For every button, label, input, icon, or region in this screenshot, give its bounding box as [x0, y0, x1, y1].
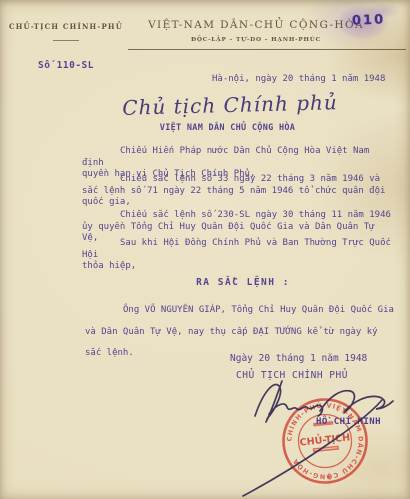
agency-letterhead: CHỦ-TỊCH CHÍNH-PHỦ	[6, 22, 126, 31]
ho-chi-minh-signature	[233, 376, 401, 499]
place-date-line: Hà-nội, ngày 20 tháng 1 năm 1948	[212, 74, 385, 84]
decree-number: Số 110-SL	[38, 60, 94, 71]
agency-rule	[53, 40, 79, 41]
preamble-paragraph: Sau khi Hội Đồng Chính Phủ và Ban Thường…	[82, 238, 396, 273]
preamble-paragraph: Chiếu sắc lệnh số 33 ngày 22 tháng 3 năm…	[82, 174, 396, 209]
document-page: CHỦ-TỊCH CHÍNH-PHỦ VIỆT-NAM DÂN-CHỦ CỘNG…	[0, 0, 410, 499]
document-subtitle: VIỆT NAM DÂN CHỦ CỘNG HÒA	[120, 123, 335, 133]
decree-heading: RA SẮC LỆNH :	[160, 277, 326, 288]
script-title: Chủ tịch Chính phủ	[118, 90, 343, 120]
closing-date: Ngày 20 tháng 1 năm 1948	[230, 353, 367, 364]
registry-number-stamp: 010	[352, 12, 386, 28]
